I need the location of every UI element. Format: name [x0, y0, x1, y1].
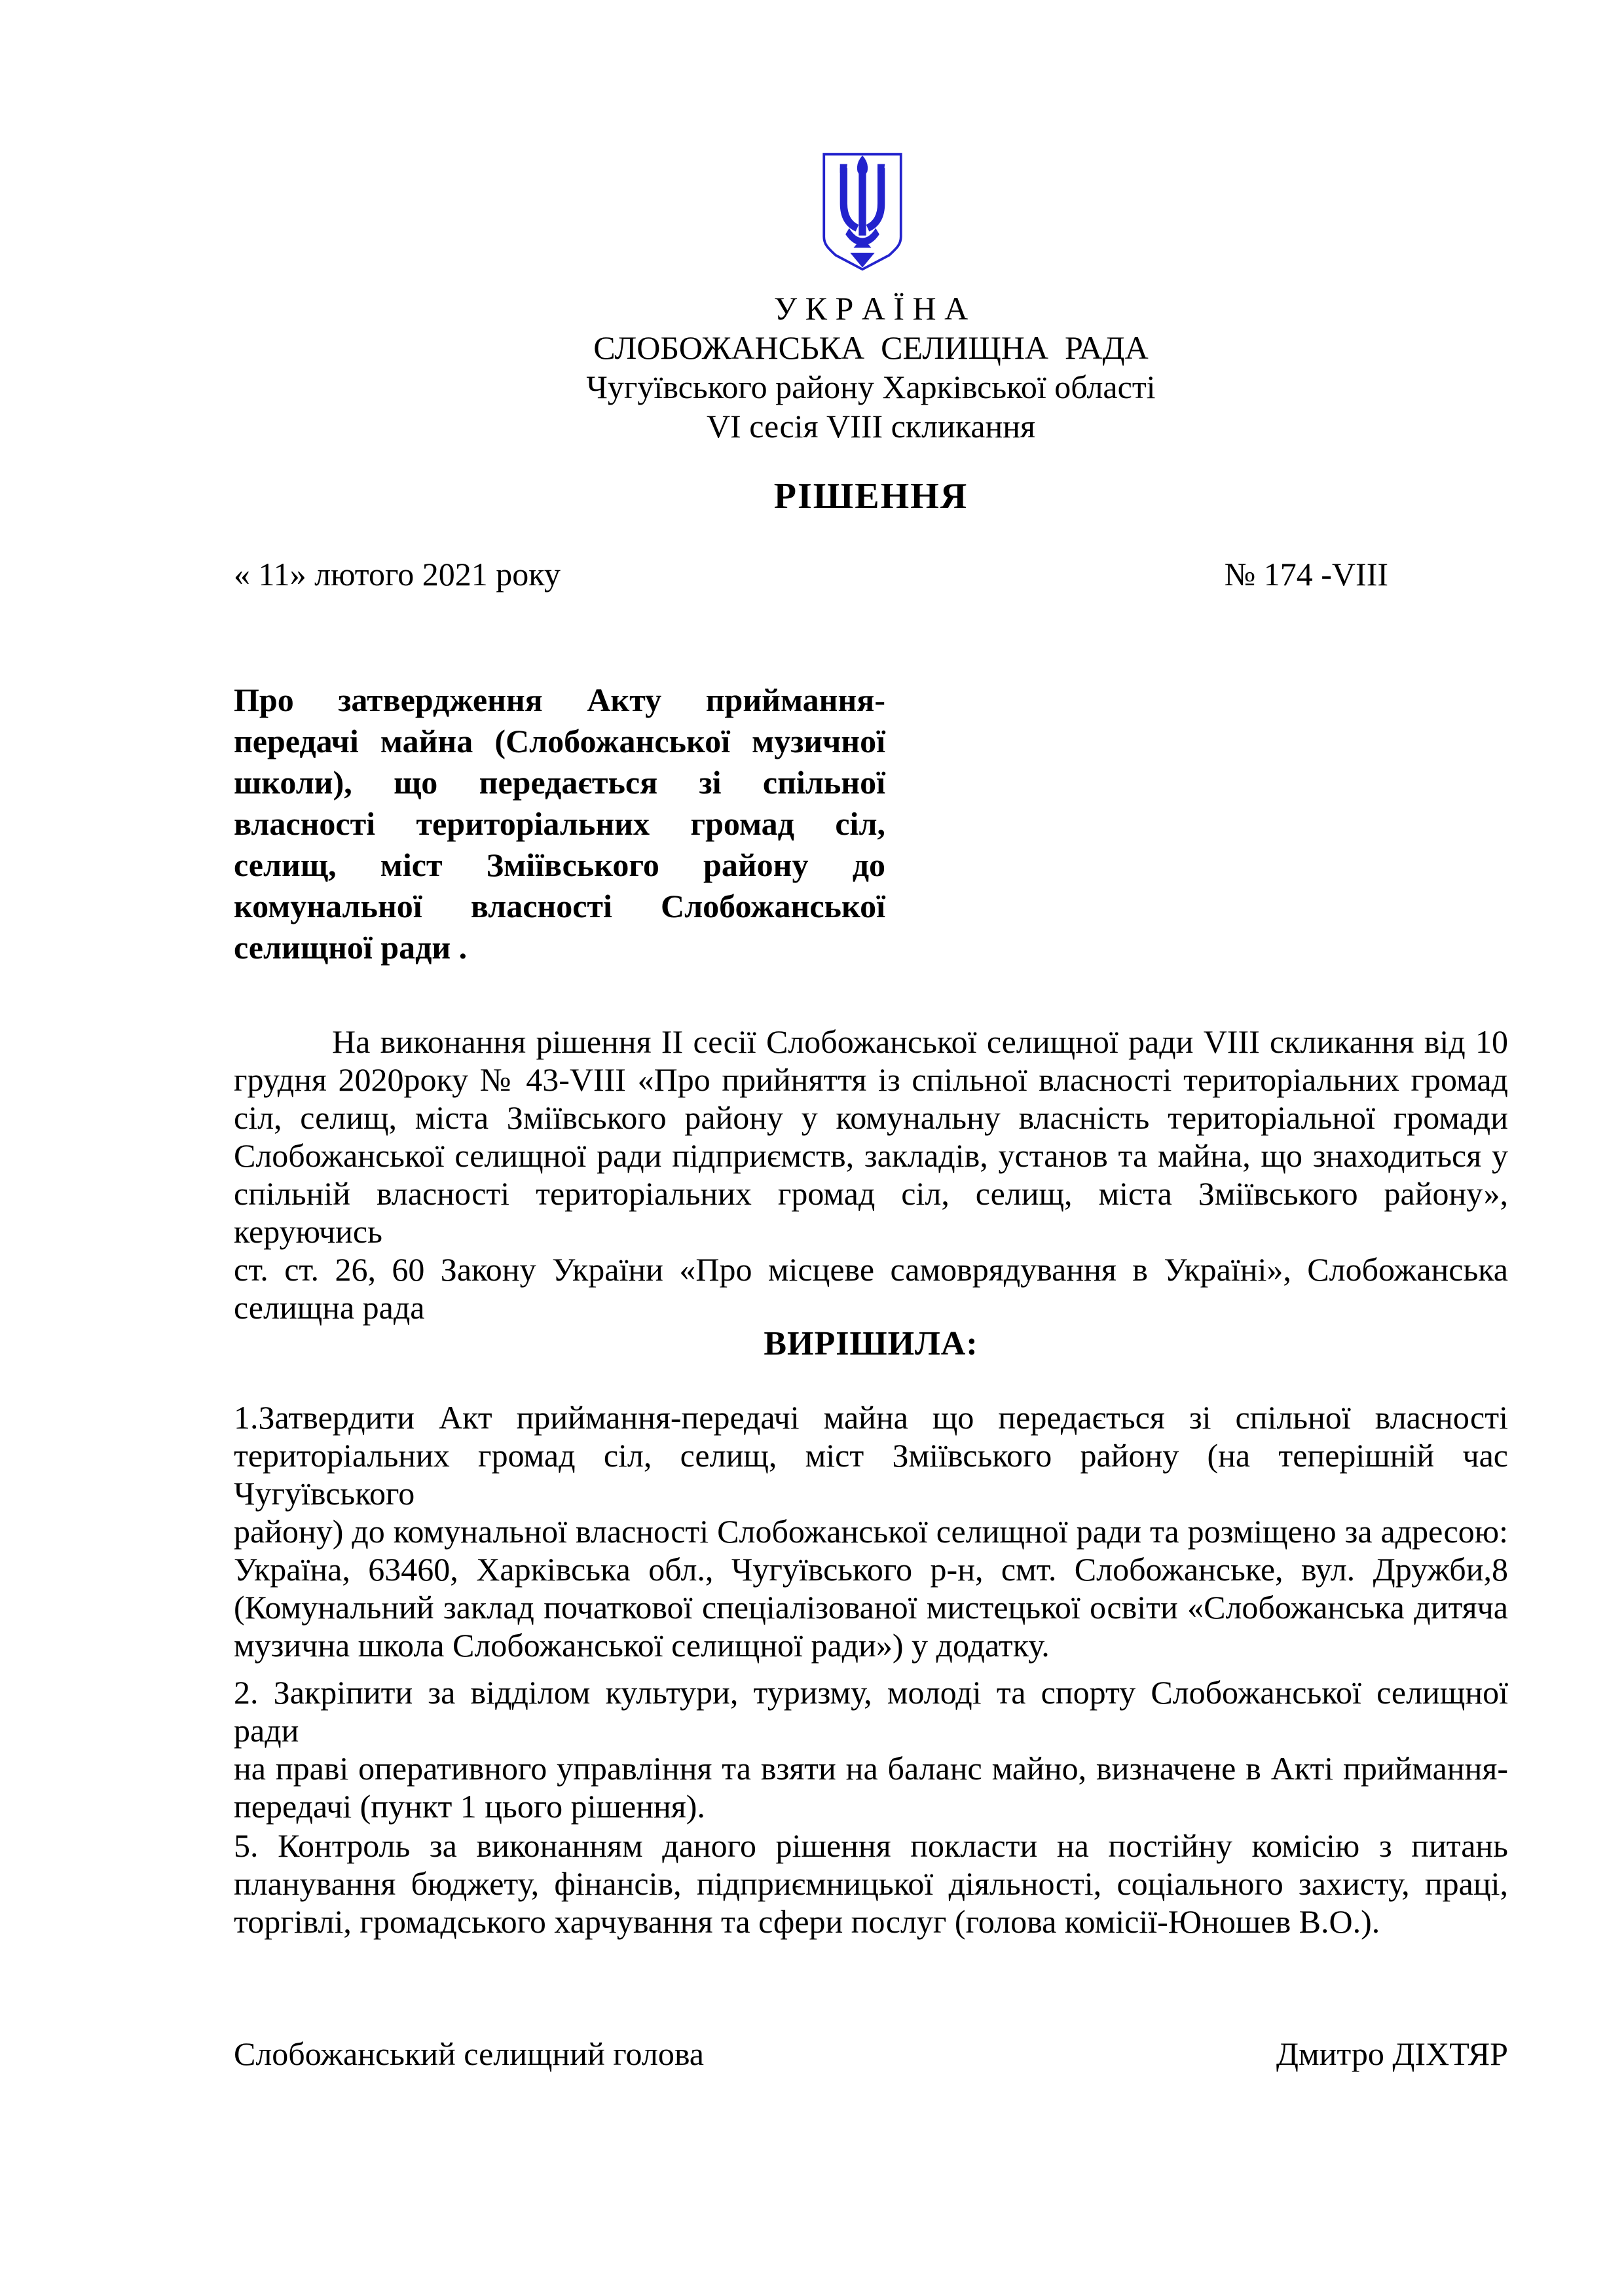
- text-line: торгівлі, громадського харчування та сфе…: [234, 1903, 1508, 1941]
- text-line: Слобожанської селищної ради підприємств,…: [234, 1137, 1508, 1175]
- text-line: спільній власності територіальних громад…: [234, 1175, 1508, 1250]
- signer-position: Слобожанський селищний голова: [234, 2035, 704, 2073]
- document-page: У К Р А Ї Н А СЛОБОЖАНСЬКА СЕЛИЩНА РАДА …: [0, 0, 1624, 2296]
- text-line: власності територіальних громад сіл,: [234, 803, 885, 845]
- subject-paragraph: Про затвердження Акту приймання-передачі…: [234, 680, 885, 968]
- resolution-item-5: 5. Контроль за виконанням даного рішення…: [234, 1827, 1508, 1941]
- document-type-title: РІШЕННЯ: [234, 473, 1508, 519]
- text-line: Про затвердження Акту приймання-: [234, 680, 885, 721]
- signature-row: Слобожанський селищний голова Дмитро ДІХ…: [234, 2035, 1508, 2073]
- letterhead: У К Р А Ї Н А СЛОБОЖАНСЬКА СЕЛИЩНА РАДА …: [234, 289, 1508, 446]
- text-line: 5. Контроль за виконанням даного рішення…: [234, 1827, 1508, 1865]
- text-line: передачі (пункт 1 цього рішення).: [234, 1787, 1508, 1825]
- resolution-item-1: 1.Затвердити Акт приймання-передачі майн…: [234, 1398, 1508, 1664]
- text-line: селищна рада: [234, 1288, 1508, 1326]
- text-line: музична школа Слобожанської селищної рад…: [234, 1626, 1508, 1664]
- council-name: СЛОБОЖАНСЬКА СЕЛИЩНА РАДА: [234, 328, 1508, 367]
- text-line: комунальної власності Слобожанської: [234, 886, 885, 927]
- district-line: Чугуївського району Харківської області: [234, 367, 1508, 407]
- ukraine-trident-emblem-icon: [819, 151, 906, 274]
- session-line: VI сесія VIII скликання: [234, 407, 1508, 446]
- preamble-paragraph: На виконання рішення II сесії Слобожансь…: [234, 1023, 1508, 1326]
- text-line: селищної ради .: [234, 927, 885, 968]
- signer-name: Дмитро ДІХТЯР: [1276, 2035, 1508, 2073]
- text-line: школи), що передається зі спільної: [234, 762, 885, 803]
- text-line: ст. ст. 26, 60 Закону України «Про місце…: [234, 1250, 1508, 1288]
- country-name: У К Р А Ї Н А: [234, 289, 1508, 328]
- text-line: На виконання рішення II сесії Слобожансь…: [234, 1023, 1508, 1061]
- resolution-item-2: 2. Закріпити за відділом культури, туриз…: [234, 1673, 1508, 1825]
- document-date: « 11» лютого 2021 року: [234, 556, 561, 592]
- text-line: 1.Затвердити Акт приймання-передачі майн…: [234, 1398, 1508, 1436]
- document-number: № 174 -VIII: [1225, 555, 1388, 593]
- text-line: (Комунальний заклад початкової спеціаліз…: [234, 1588, 1508, 1626]
- text-line: сіл, селищ, міста Зміївського району у к…: [234, 1099, 1508, 1137]
- text-line: територіальних громад сіл, селищ, міст З…: [234, 1436, 1508, 1512]
- text-line: грудня 2020року № 43-VIII «Про прийняття…: [234, 1061, 1508, 1099]
- text-line: на праві оперативного управління та взят…: [234, 1749, 1508, 1787]
- text-line: Україна, 63460, Харківська обл., Чугуївс…: [234, 1550, 1508, 1588]
- text-line: селищ, міст Зміївського району до: [234, 845, 885, 886]
- text-line: 2. Закріпити за відділом культури, туриз…: [234, 1673, 1508, 1749]
- text-line: планування бюджету, фінансів, підприємни…: [234, 1865, 1508, 1903]
- text-line: передачі майна (Слобожанської музичної: [234, 721, 885, 762]
- date-and-number-row: « 11» лютого 2021 року № 174 -VIII: [234, 555, 1508, 593]
- resolved-heading: ВИРІШИЛА:: [234, 1324, 1508, 1364]
- text-line: району) до комунальної власності Слобожа…: [234, 1512, 1508, 1550]
